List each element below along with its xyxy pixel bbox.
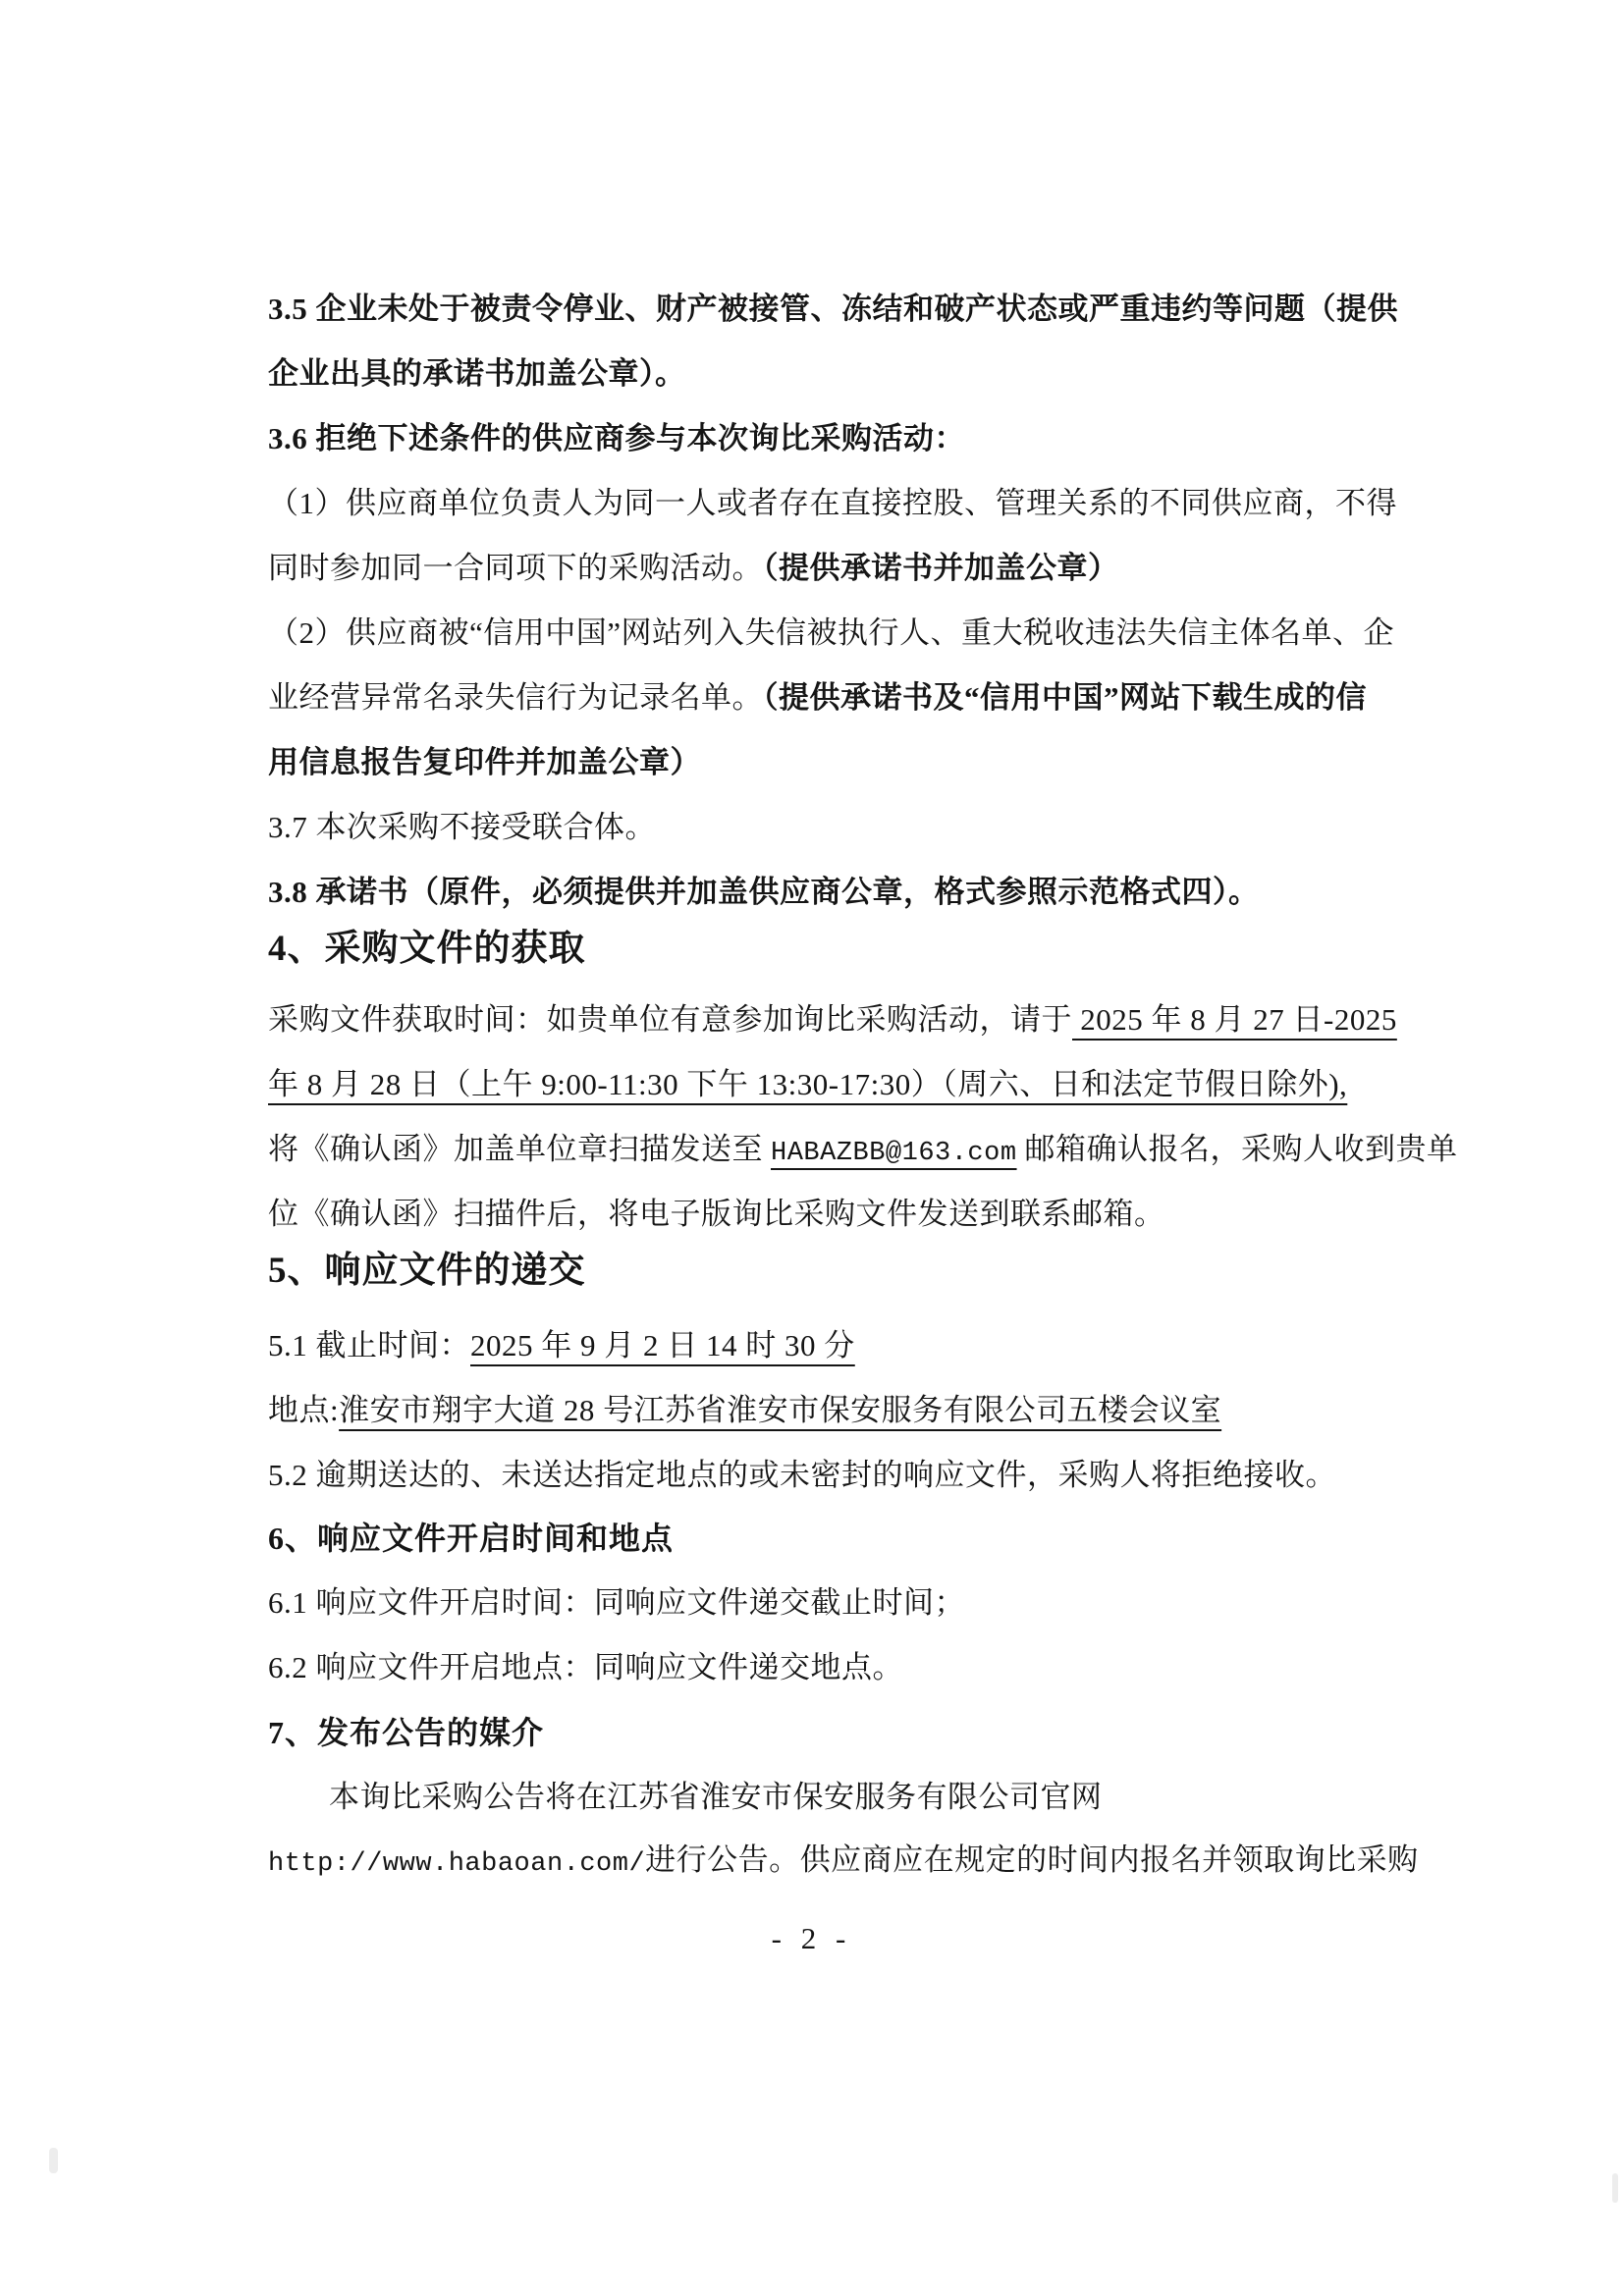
section-5-heading: 5、响应文件的递交 bbox=[268, 1249, 1363, 1294]
section-4-text-3: 将《确认函》加盖单位章扫描发送至 bbox=[268, 1132, 763, 1166]
section-7-heading-text: 7、发布公告的媒介 bbox=[268, 1715, 544, 1750]
item-2-text-2: 业经营异常名录失信行为记录名单。 bbox=[268, 680, 763, 715]
section-7-text-1: 本询比采购公告将在江苏省淮安市保安服务有限公司官网 bbox=[329, 1780, 1103, 1814]
clause-5-1-line: 5.1 截止时间：2025 年 9 月 2 日 14 时 30 分 bbox=[268, 1323, 1363, 1368]
clause-6-1-text: 6.1 响应文件开启时间：同响应文件递交截止时间； bbox=[268, 1585, 965, 1620]
section-4-text-1: 采购文件获取时间：如贵单位有意参加询比采购活动，请于 bbox=[268, 1002, 1072, 1037]
section-4-heading: 4、采购文件的获取 bbox=[268, 927, 1363, 972]
page-number: - 2 - bbox=[0, 1916, 1623, 1961]
item-1-text-1: （1）供应商单位负责人为同一人或者存在直接控股、管理关系的不同供应商，不得 bbox=[268, 486, 1397, 520]
document-page: 3.5 企业未处于被责令停业、财产被接管、冻结和破产状态或严重违约等问题（提供 … bbox=[0, 0, 1623, 2296]
section-5-heading-text: 5、响应文件的递交 bbox=[268, 1251, 586, 1291]
section-4-text-3b: 邮箱确认报名，采购人收到贵单 bbox=[1025, 1132, 1458, 1166]
page-number-text: - 2 - bbox=[772, 1921, 852, 1955]
clause-5-location-line: 地点:淮安市翔宇大道 28 号江苏省淮安市保安服务有限公司五楼会议室 bbox=[268, 1388, 1363, 1433]
clause-3-5-text-1: 3.5 企业未处于被责令停业、财产被接管、冻结和破产状态或严重违约等问题（提供 bbox=[268, 292, 1398, 326]
section-6-heading: 6、响应文件开启时间和地点 bbox=[268, 1516, 1363, 1561]
obtain-date-range: 2025 年 8 月 27 日-2025 bbox=[1072, 1002, 1397, 1037]
clause-3-7-text: 3.7 本次采购不接受联合体。 bbox=[268, 810, 656, 844]
item-2-bold-note-1: （提供承诺书及“信用中国”网站下载生成的信 bbox=[763, 680, 1367, 715]
location-label: 地点: bbox=[268, 1393, 339, 1427]
scan-artifact-left bbox=[49, 2148, 58, 2173]
section-7-line-2: http://www.habaoan.com/进行公告。供应商应在规定的时间内报… bbox=[268, 1838, 1363, 1883]
section-4-line-4: 位《确认函》扫描件后，将电子版询比采购文件发送到联系邮箱。 bbox=[268, 1192, 1363, 1237]
section-7-text-2: 进行公告。供应商应在规定的时间内报名并领取询比采购 bbox=[645, 1842, 1419, 1877]
clause-3-5-text-2: 企业出具的承诺书加盖公章）。 bbox=[268, 356, 686, 391]
item-1-line-2: 同时参加同一合同项下的采购活动。（提供承诺书并加盖公章） bbox=[268, 546, 1363, 591]
clause-3-8-line: 3.8 承诺书（原件，必须提供并加盖供应商公章，格式参照示范格式四）。 bbox=[268, 870, 1363, 915]
section-4-line-1: 采购文件获取时间：如贵单位有意参加询比采购活动，请于 2025 年 8 月 27… bbox=[268, 997, 1363, 1042]
deadline-datetime: 2025 年 9 月 2 日 14 时 30 分 bbox=[470, 1328, 855, 1362]
item-1-text-2: 同时参加同一合同项下的采购活动。 bbox=[268, 551, 763, 585]
item-2-text-1: （2）供应商被“信用中国”网站列入失信被执行人、重大税收违法失信主体名单、企 bbox=[268, 615, 1394, 650]
clause-3-6-line: 3.6 拒绝下述条件的供应商参与本次询比采购活动： bbox=[268, 416, 1363, 461]
clause-6-2-line: 6.2 响应文件开启地点：同响应文件递交地点。 bbox=[268, 1645, 1363, 1690]
section-6-heading-text: 6、响应文件开启时间和地点 bbox=[268, 1521, 674, 1556]
clause-3-5-line-2: 企业出具的承诺书加盖公章）。 bbox=[268, 351, 1363, 397]
clause-3-5-line-1: 3.5 企业未处于被责令停业、财产被接管、冻结和破产状态或严重违约等问题（提供 bbox=[268, 287, 1363, 332]
scan-artifact-right bbox=[1612, 2173, 1618, 2203]
clause-5-1-label: 5.1 截止时间： bbox=[268, 1328, 470, 1362]
section-4-line-2: 年 8 月 28 日（上午 9:00-11:30 下午 13:30-17:30）… bbox=[268, 1062, 1363, 1107]
section-4-text-4: 位《确认函》扫描件后，将电子版询比采购文件发送到联系邮箱。 bbox=[268, 1197, 1165, 1231]
item-2-line-2: 业经营异常名录失信行为记录名单。（提供承诺书及“信用中国”网站下载生成的信 bbox=[268, 675, 1363, 721]
clause-3-6-text: 3.6 拒绝下述条件的供应商参与本次询比采购活动： bbox=[268, 421, 965, 455]
announcement-url: http://www.habaoan.com/ bbox=[268, 1849, 645, 1879]
clause-5-2-line: 5.2 逾期送达的、未送达指定地点的或未密封的响应文件，采购人将拒绝接收。 bbox=[268, 1453, 1363, 1498]
clause-6-1-line: 6.1 响应文件开启时间：同响应文件递交截止时间； bbox=[268, 1580, 1363, 1626]
submission-address: 淮安市翔宇大道 28 号江苏省淮安市保安服务有限公司五楼会议室 bbox=[339, 1393, 1221, 1427]
clause-5-2-text: 5.2 逾期送达的、未送达指定地点的或未密封的响应文件，采购人将拒绝接收。 bbox=[268, 1458, 1336, 1492]
section-7-heading: 7、发布公告的媒介 bbox=[268, 1710, 1363, 1755]
clause-3-8-text: 3.8 承诺书（原件，必须提供并加盖供应商公章，格式参照示范格式四）。 bbox=[268, 875, 1260, 909]
item-1-line-1: （1）供应商单位负责人为同一人或者存在直接控股、管理关系的不同供应商，不得 bbox=[268, 481, 1363, 526]
item-1-bold-note: （提供承诺书并加盖公章） bbox=[763, 551, 1119, 585]
section-4-line-3: 将《确认函》加盖单位章扫描发送至HABAZBB@163.com邮箱确认报名，采购… bbox=[268, 1127, 1363, 1172]
item-2-bold-note-2: 用信息报告复印件并加盖公章） bbox=[268, 745, 701, 779]
section-4-heading-text: 4、采购文件的获取 bbox=[268, 929, 586, 969]
item-2-line-1: （2）供应商被“信用中国”网站列入失信被执行人、重大税收违法失信主体名单、企 bbox=[268, 611, 1363, 656]
clause-6-2-text: 6.2 响应文件开启地点：同响应文件递交地点。 bbox=[268, 1650, 903, 1684]
item-2-line-3: 用信息报告复印件并加盖公章） bbox=[268, 740, 1363, 785]
section-7-line-1: 本询比采购公告将在江苏省淮安市保安服务有限公司官网 bbox=[268, 1775, 1424, 1820]
clause-3-7-line: 3.7 本次采购不接受联合体。 bbox=[268, 805, 1363, 850]
obtain-time-window: 年 8 月 28 日（上午 9:00-11:30 下午 13:30-17:30）… bbox=[268, 1067, 1347, 1101]
contact-email: HABAZBB@163.com bbox=[771, 1139, 1017, 1168]
